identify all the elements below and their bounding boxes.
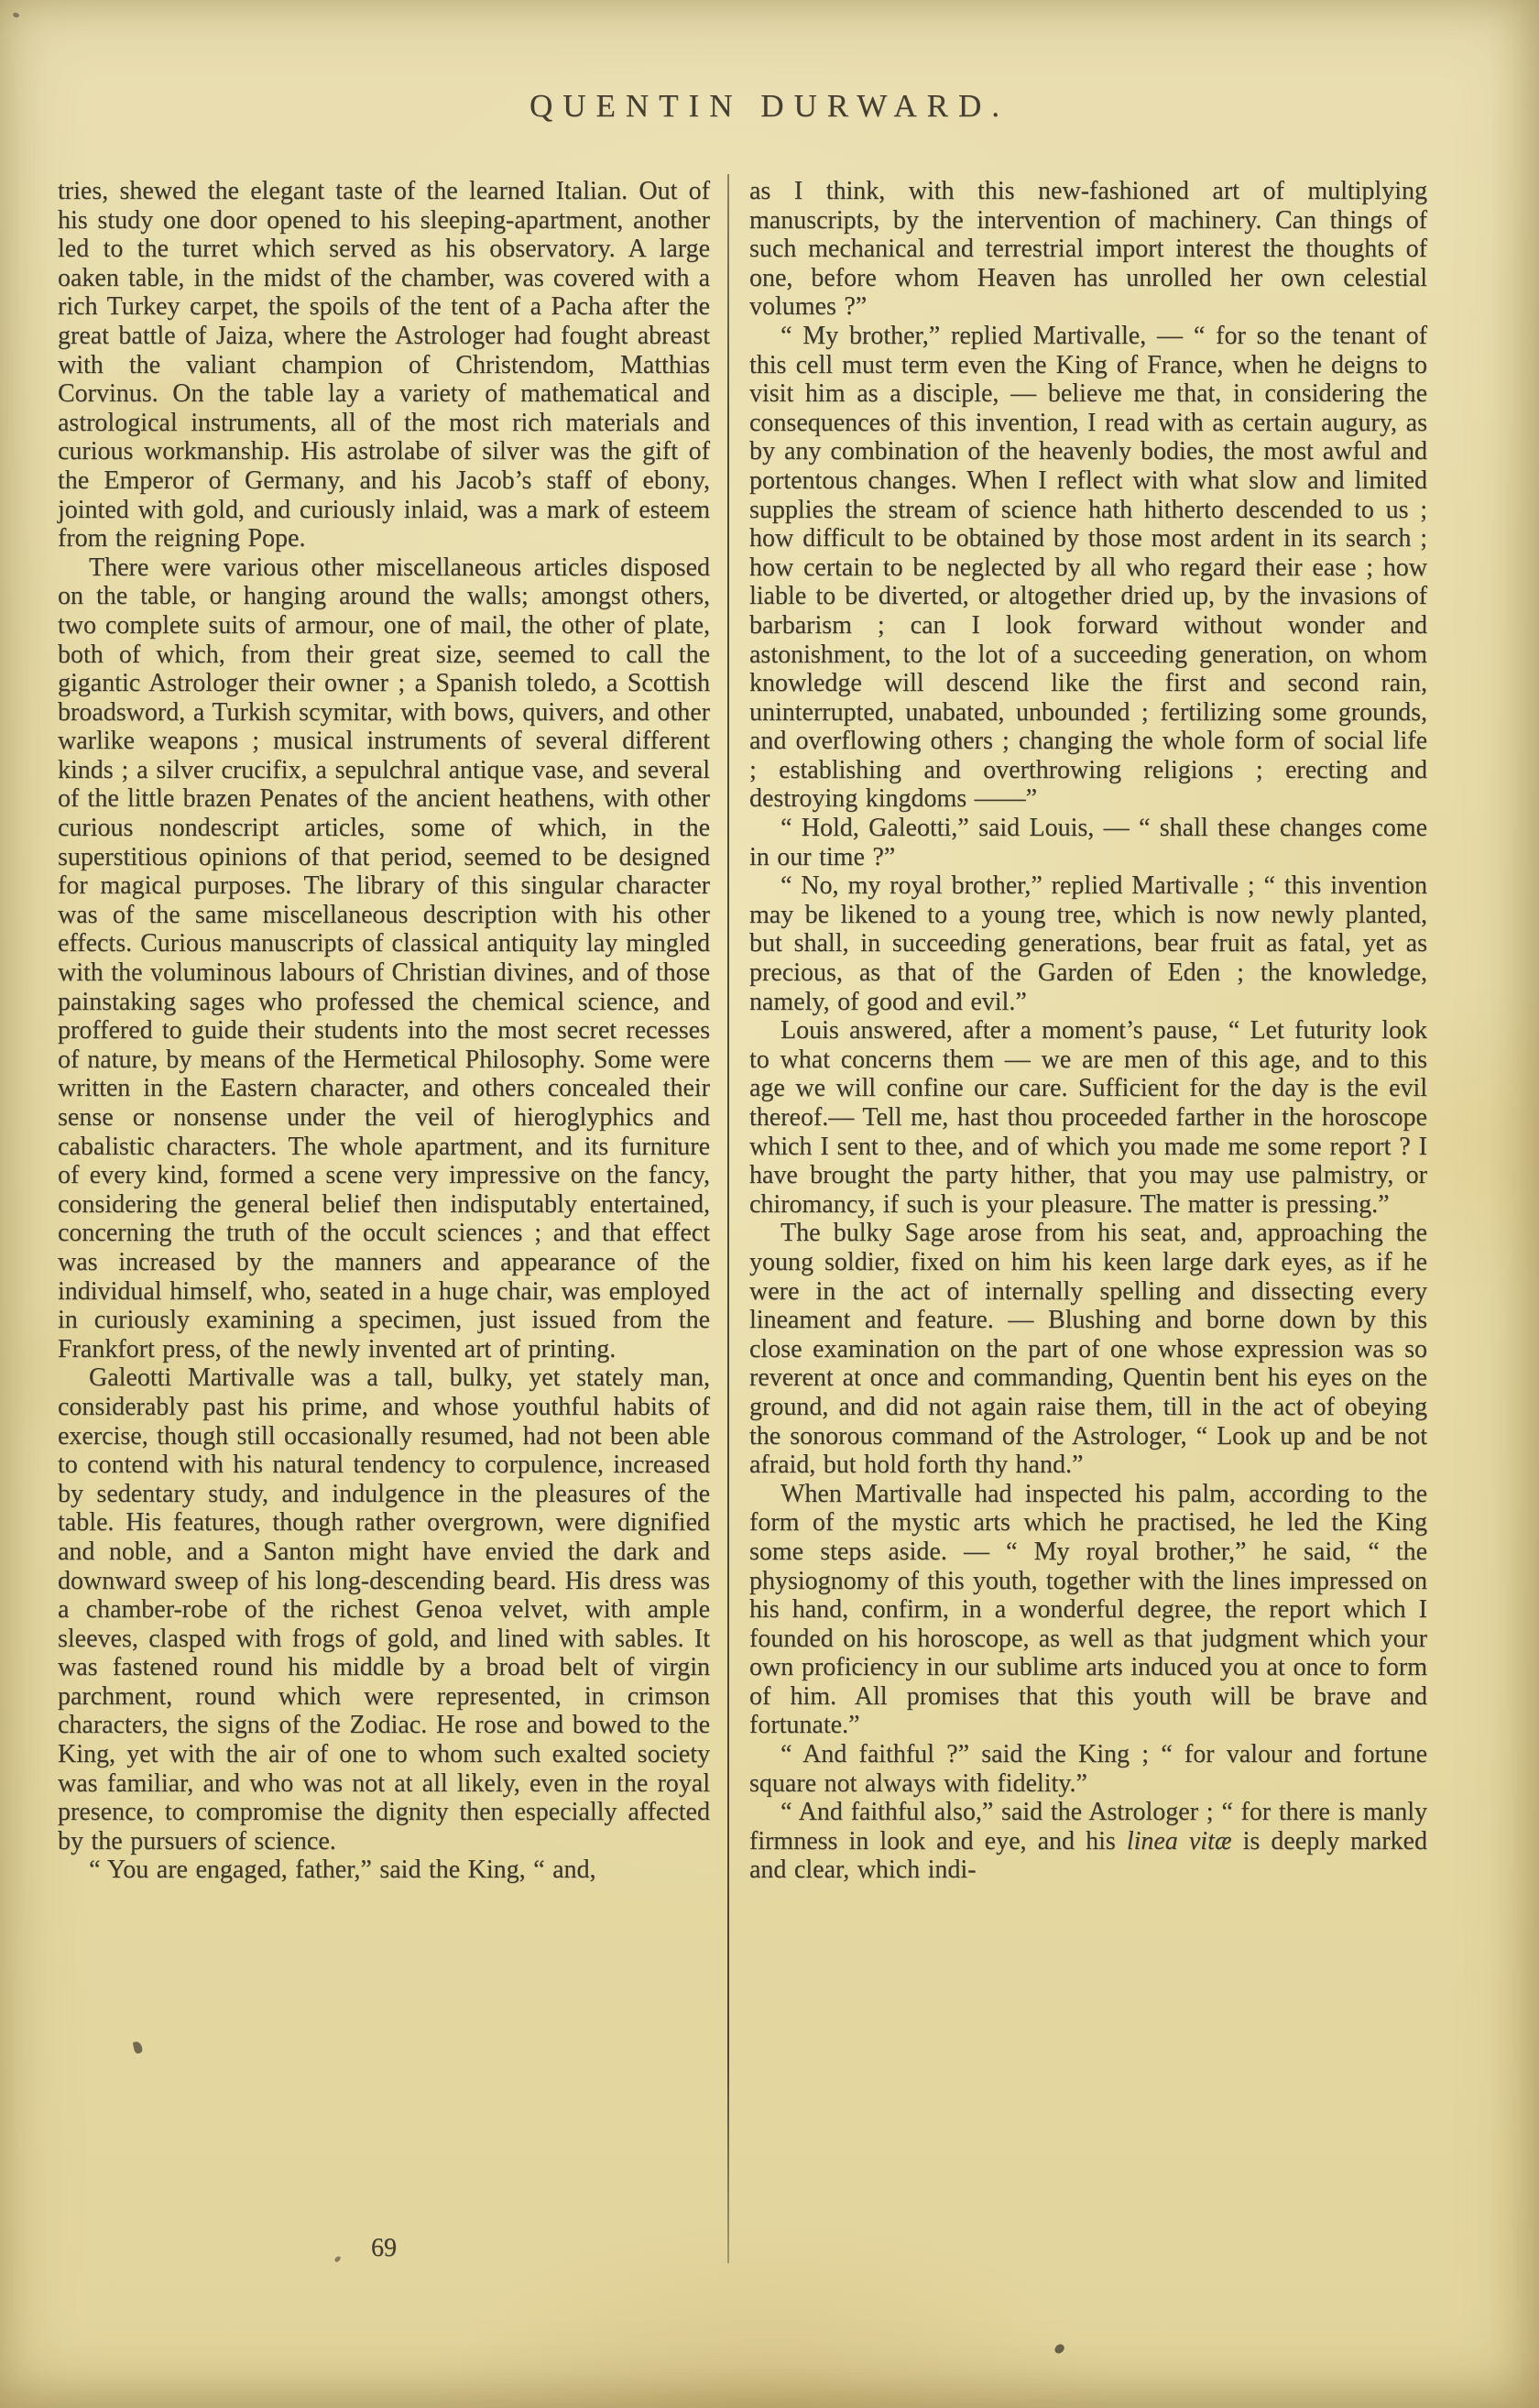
ink-speck [12,12,19,18]
paragraph: “ And faithful ?” said the King ; “ for … [749,1740,1427,1798]
page-number: 69 [58,2234,710,2263]
ink-speck [1053,2342,1066,2355]
paragraph: “ My brother,” replied Martivalle, — “ f… [749,322,1427,814]
book-page: QUENTIN DURWARD. tries, shewed the elega… [0,0,1539,2408]
paragraph: Louis answered, after a moment’s pause, … [749,1016,1427,1219]
paragraph: “ And faithful also,” said the Astrologe… [749,1798,1427,1885]
paragraph: as I think, with this new-fashioned art … [749,177,1427,322]
text-column-right: as I think, with this new-fashioned art … [749,177,1427,1885]
paragraph: When Martivalle had inspected his palm, … [749,1480,1427,1740]
ink-speck [133,2041,144,2054]
paragraph: tries, shewed the elegant taste of the l… [58,177,710,553]
paragraph: The bulky Sage arose from his seat, and,… [749,1219,1427,1479]
paragraph: There were various other miscellaneous a… [58,553,710,1364]
column-divider-rule [727,174,729,2263]
text-column-left: tries, shewed the elegant taste of the l… [58,177,710,1885]
paragraph: “ You are engaged, father,” said the Kin… [58,1855,710,1885]
running-head: QUENTIN DURWARD. [0,88,1539,125]
paragraph: “ Hold, Galeotti,” said Louis, — “ shall… [749,814,1427,871]
paragraph: Galeotti Martivalle was a tall, bulky, y… [58,1363,710,1855]
paragraph: “ No, my royal brother,” replied Martiva… [749,871,1427,1016]
